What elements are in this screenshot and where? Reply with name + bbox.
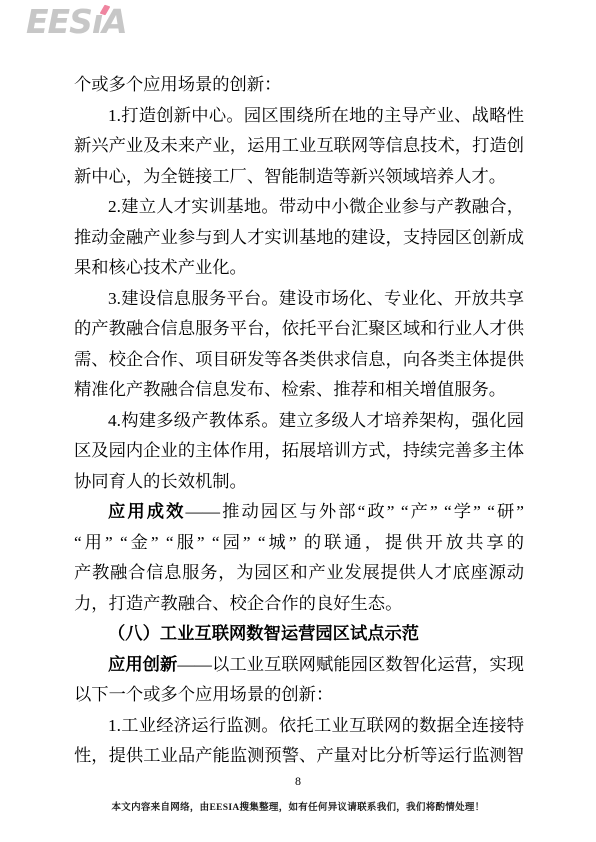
text-line: 2.建立人才实训基地。带动中小微企业参与产教融合，	[74, 192, 524, 223]
text-line: 果和核心技术产业化。	[74, 253, 524, 284]
text-line: 1.打造创新中心。园区围绕所在地的主导产业、战略性	[74, 101, 524, 132]
logo-text-pre: EES	[26, 2, 92, 41]
text-line: 以下一个或多个应用场景的创新：	[74, 680, 524, 711]
page-number: 8	[0, 774, 596, 789]
bold-lead-text: 应用成效	[108, 502, 185, 521]
text-line: 精准化产教融合信息发布、检索、推荐和相关增值服务。	[74, 375, 524, 406]
text-line: 新中心，为全链接工厂、智能制造等新兴领域培养人才。	[74, 162, 524, 193]
eesia-logo: EESıA	[26, 2, 127, 44]
document-text-block: 个或多个应用场景的创新：1.打造创新中心。园区围绕所在地的主导产业、战略性新兴产…	[74, 70, 524, 772]
footer-disclaimer: 本文内容来自网络，由EESIA搜集整理，如有任何异议请联系我们，我们将酌情处理！	[0, 799, 596, 813]
text-line: 个或多个应用场景的创新：	[74, 70, 524, 101]
text-line: 力，打造产教融合、校企合作的良好生态。	[74, 589, 524, 620]
text-line: （八）工业互联网数智运营园区试点示范	[74, 619, 524, 650]
bold-lead-text: （八）工业互联网数智运营园区试点示范	[108, 624, 419, 643]
text-line: 1.工业经济运行监测。依托工业互联网的数据全连接特	[74, 711, 524, 742]
text-line: 3.建设信息服务平台。建设市场化、专业化、开放共享	[74, 284, 524, 315]
text-line: 推动金融产业参与到人才实训基地的建设，支持园区创新成	[74, 223, 524, 254]
text-line: 需、校企合作、项目研发等各类供求信息，向各类主体提供	[74, 345, 524, 376]
document-page: EESıA 个或多个应用场景的创新：1.打造创新中心。园区围绕所在地的主导产业、…	[0, 0, 596, 842]
text-line: 产教融合信息服务，为园区和产业发展提供人才底座源动	[74, 558, 524, 589]
text-line: 性，提供工业品产能监测预警、产量对比分析等运行监测智	[74, 741, 524, 772]
text-line: 应用成效——推动园区与外部“政” “产” “学” “研”	[74, 497, 524, 528]
bold-lead-text: 应用创新	[108, 655, 177, 674]
text-line: 新兴产业及未来产业，运用工业互联网等信息技术，打造创	[74, 131, 524, 162]
text-line: 区及园内企业的主体作用，拓展培训方式，持续完善多主体	[74, 436, 524, 467]
text-line: 协同育人的长效机制。	[74, 467, 524, 498]
text-line: “用” “金” “服” “园” “城” 的联通，提供开放共享的	[74, 528, 524, 559]
text-line: 应用创新——以工业互联网赋能园区数智化运营，实现	[74, 650, 524, 681]
text-line: 的产教融合信息服务平台，依托平台汇聚区域和行业人才供	[74, 314, 524, 345]
logo-letter-i: ı	[92, 2, 102, 41]
text-line: 4.构建多级产教体系。建立多级人才培养架构，强化园	[74, 406, 524, 437]
